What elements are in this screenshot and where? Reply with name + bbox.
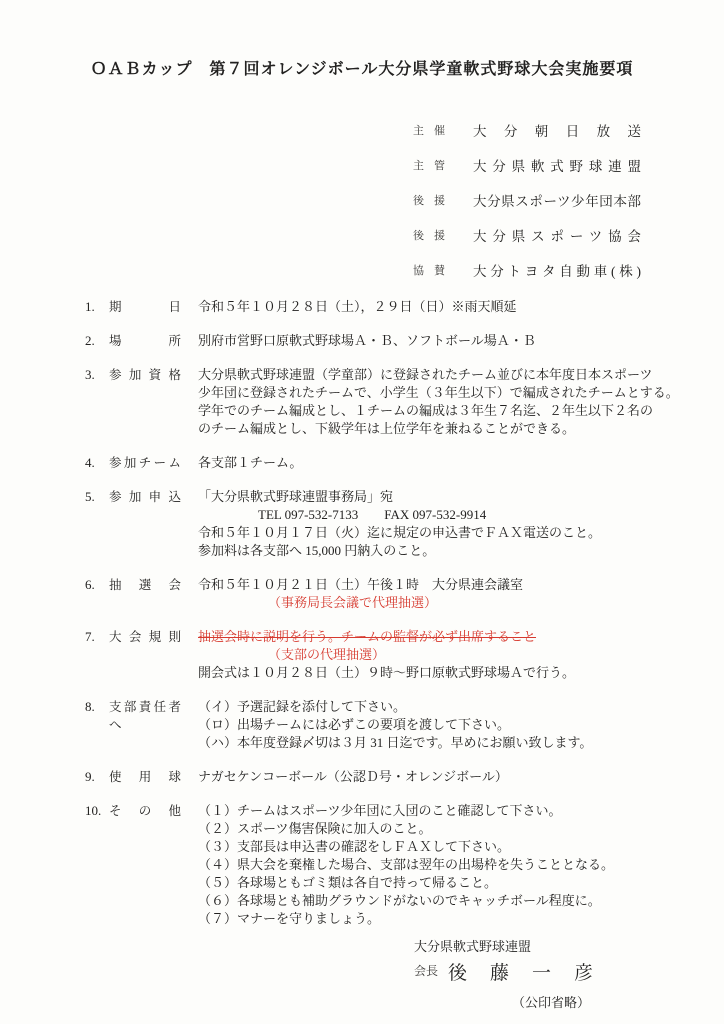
item-line: 抽選会時に説明を行う。チームの監督が必ず出席すること xyxy=(198,628,685,646)
footer-president-line: 会長 後 藤 一 彦 xyxy=(414,958,595,985)
sponsor-role: 協賛 xyxy=(413,262,445,278)
item-label: 使用球 xyxy=(109,768,181,786)
item-label: 期日 xyxy=(109,298,181,316)
document-page: ＯＡＢカップ 第７回オレンジボール大分県学童軟式野球大会実施要項 主催 大分朝日… xyxy=(0,0,724,1024)
president-name: 後 藤 一 彦 xyxy=(448,963,595,984)
item-content: 抽選会時に説明を行う。チームの監督が必ず出席すること（支部の代理抽選）開会式は１… xyxy=(198,628,685,682)
item-row: 8. 支部責任者へ （イ）予選記録を添付して下さい。（ロ）出場チームには必ずこの… xyxy=(85,698,685,752)
sponsor-row: 主管 大分県軟式野球連盟 xyxy=(413,147,641,182)
sponsor-name: 大分県スポーツ少年団本部 xyxy=(473,190,641,210)
item-content: 別府市営野口原軟式野球場Ａ・Ｂ、ソフトボール場Ａ・Ｂ xyxy=(198,332,685,350)
item-number: 5. xyxy=(85,488,109,506)
item-line: （５）各球場ともゴミ類は各自で持って帰ること。 xyxy=(198,874,685,892)
sponsor-role: 主管 xyxy=(413,157,445,173)
item-label: 支部責任者へ xyxy=(109,698,181,734)
item-number: 9. xyxy=(85,768,109,786)
item-line: 令和５年１０月２８日（土），２９日（日）※雨天順延 xyxy=(198,298,685,316)
item-line: （イ）予選記録を添付して下さい。 xyxy=(198,698,685,716)
item-line: 令和５年１０月２１日（土）午後１時 大分県連会議室 xyxy=(198,576,685,594)
seal-note: （公印省略） xyxy=(512,992,590,1011)
item-line: （１）チームはスポーツ少年団に入団のこと確認して下さい。 xyxy=(198,802,685,820)
item-line: （６）各球場とも補助グラウンドがないのでキャッチボール程度に。 xyxy=(198,892,685,910)
item-number: 3. xyxy=(85,366,109,384)
sponsor-name: 大分県軟式野球連盟 xyxy=(473,155,641,175)
item-line: TEL 097-532-7133 FAX 097-532-9914 xyxy=(198,506,685,524)
item-row: 2. 場所 別府市営野口原軟式野球場Ａ・Ｂ、ソフトボール場Ａ・Ｂ xyxy=(85,332,685,350)
item-line: 少年団に登録されたチームで、小学生（３年生以下）で編成されたチームとする。 xyxy=(198,384,685,402)
item-line: 学年でのチーム編成とし、１チームの編成は３年生７名迄、２年生以下２名の xyxy=(198,402,685,420)
item-row: 9. 使用球 ナガセケンコーボール（公認Ｄ号・オレンジボール） xyxy=(85,768,685,786)
item-row: 6. 抽選会 令和５年１０月２１日（土）午後１時 大分県連会議室（事務局長会議で… xyxy=(85,576,685,612)
item-content: 令和５年１０月２８日（土），２９日（日）※雨天順延 xyxy=(198,298,685,316)
item-content: 大分県軟式野球連盟（学童部）に登録されたチーム並びに本年度日本スポーツ少年団に登… xyxy=(198,366,685,438)
item-line: （ロ）出場チームには必ずこの要項を渡して下さい。 xyxy=(198,716,685,734)
item-label: 抽選会 xyxy=(109,576,181,594)
item-line: （ハ）本年度登録〆切は３月 31 日迄です。早めにお願い致します。 xyxy=(198,734,685,752)
president-title: 会長 xyxy=(414,964,438,978)
item-line: 別府市営野口原軟式野球場Ａ・Ｂ、ソフトボール場Ａ・Ｂ xyxy=(198,332,685,350)
sponsor-block: 主催 大分朝日放送 主管 大分県軟式野球連盟 後援 大分県スポーツ少年団本部 後… xyxy=(413,112,641,287)
sponsor-name: 大分県スポーツ協会 xyxy=(473,225,641,245)
sponsor-row: 後援 大分県スポーツ少年団本部 xyxy=(413,182,641,217)
sponsor-row: 後援 大分県スポーツ協会 xyxy=(413,217,641,252)
sponsor-role: 主催 xyxy=(413,122,445,138)
item-line: 開会式は１０月２８日（土）９時～野口原軟式野球場Ａで行う。 xyxy=(198,664,685,682)
sponsor-role: 後援 xyxy=(413,227,445,243)
item-line: ナガセケンコーボール（公認Ｄ号・オレンジボール） xyxy=(198,768,685,786)
sponsor-name: 大分トヨタ自動車(株) xyxy=(473,260,641,280)
item-line: （７）マナーを守りましょう。 xyxy=(198,910,685,928)
item-line: 各支部１チーム。 xyxy=(198,454,685,472)
item-row: 4. 参加チーム 各支部１チーム。 xyxy=(85,454,685,472)
item-label: 参加申込 xyxy=(109,488,181,506)
item-content: （イ）予選記録を添付して下さい。（ロ）出場チームには必ずこの要項を渡して下さい。… xyxy=(198,698,685,752)
item-line: 「大分県軟式野球連盟事務局」宛 xyxy=(198,488,685,506)
item-line: 大分県軟式野球連盟（学童部）に登録されたチーム並びに本年度日本スポーツ xyxy=(198,366,685,384)
item-number: 10. xyxy=(85,802,109,820)
item-content: 令和５年１０月２１日（土）午後１時 大分県連会議室（事務局長会議で代理抽選） xyxy=(198,576,685,612)
item-row: 5. 参加申込 「大分県軟式野球連盟事務局」宛TEL 097-532-7133 … xyxy=(85,488,685,560)
item-line: （２）スポーツ傷害保険に加入のこと。 xyxy=(198,820,685,838)
item-number: 2. xyxy=(85,332,109,350)
item-label: その他 xyxy=(109,802,181,820)
item-content: 各支部１チーム。 xyxy=(198,454,685,472)
item-number: 7. xyxy=(85,628,109,646)
item-label: 場所 xyxy=(109,332,181,350)
item-line: （事務局長会議で代理抽選） xyxy=(198,594,685,612)
item-row: 7. 大会規則 抽選会時に説明を行う。チームの監督が必ず出席すること（支部の代理… xyxy=(85,628,685,682)
item-number: 6. xyxy=(85,576,109,594)
item-label: 参加資格 xyxy=(109,366,181,384)
item-label: 大会規則 xyxy=(109,628,181,646)
item-number: 1. xyxy=(85,298,109,316)
item-number: 4. xyxy=(85,454,109,472)
item-content: （１）チームはスポーツ少年団に入団のこと確認して下さい。（２）スポーツ傷害保険に… xyxy=(198,802,685,928)
item-line: 令和５年１０月１７日（火）迄に規定の申込書でＦＡＸ電送のこと。 xyxy=(198,524,685,542)
item-line: （３）支部長は申込書の確認をしＦＡＸして下さい。 xyxy=(198,838,685,856)
sponsor-role: 後援 xyxy=(413,192,445,208)
items-list: 1. 期日 令和５年１０月２８日（土），２９日（日）※雨天順延 2. 場所 別府… xyxy=(85,298,685,944)
sponsor-name: 大分朝日放送 xyxy=(473,120,641,140)
item-line: のチーム編成とし、下級学年は上位学年を兼ねることができる。 xyxy=(198,420,685,438)
item-row: 3. 参加資格 大分県軟式野球連盟（学童部）に登録されたチーム並びに本年度日本ス… xyxy=(85,366,685,438)
item-line: （４）県大会を棄権した場合、支部は翌年の出場枠を失うこととなる。 xyxy=(198,856,685,874)
item-line: 参加料は各支部へ 15,000 円納入のこと。 xyxy=(198,542,685,560)
sponsor-row: 協賛 大分トヨタ自動車(株) xyxy=(413,252,641,287)
item-label: 参加チーム xyxy=(109,454,181,472)
item-content: 「大分県軟式野球連盟事務局」宛TEL 097-532-7133 FAX 097-… xyxy=(198,488,685,560)
item-number: 8. xyxy=(85,698,109,716)
footer-organization: 大分県軟式野球連盟 xyxy=(414,936,531,955)
sponsor-row: 主催 大分朝日放送 xyxy=(413,112,641,147)
item-row: 1. 期日 令和５年１０月２８日（土），２９日（日）※雨天順延 xyxy=(85,298,685,316)
item-row: 10. その他 （１）チームはスポーツ少年団に入団のこと確認して下さい。（２）ス… xyxy=(85,802,685,928)
item-content: ナガセケンコーボール（公認Ｄ号・オレンジボール） xyxy=(198,768,685,786)
document-title: ＯＡＢカップ 第７回オレンジボール大分県学童軟式野球大会実施要項 xyxy=(0,56,724,79)
item-line: （支部の代理抽選） xyxy=(198,646,685,664)
